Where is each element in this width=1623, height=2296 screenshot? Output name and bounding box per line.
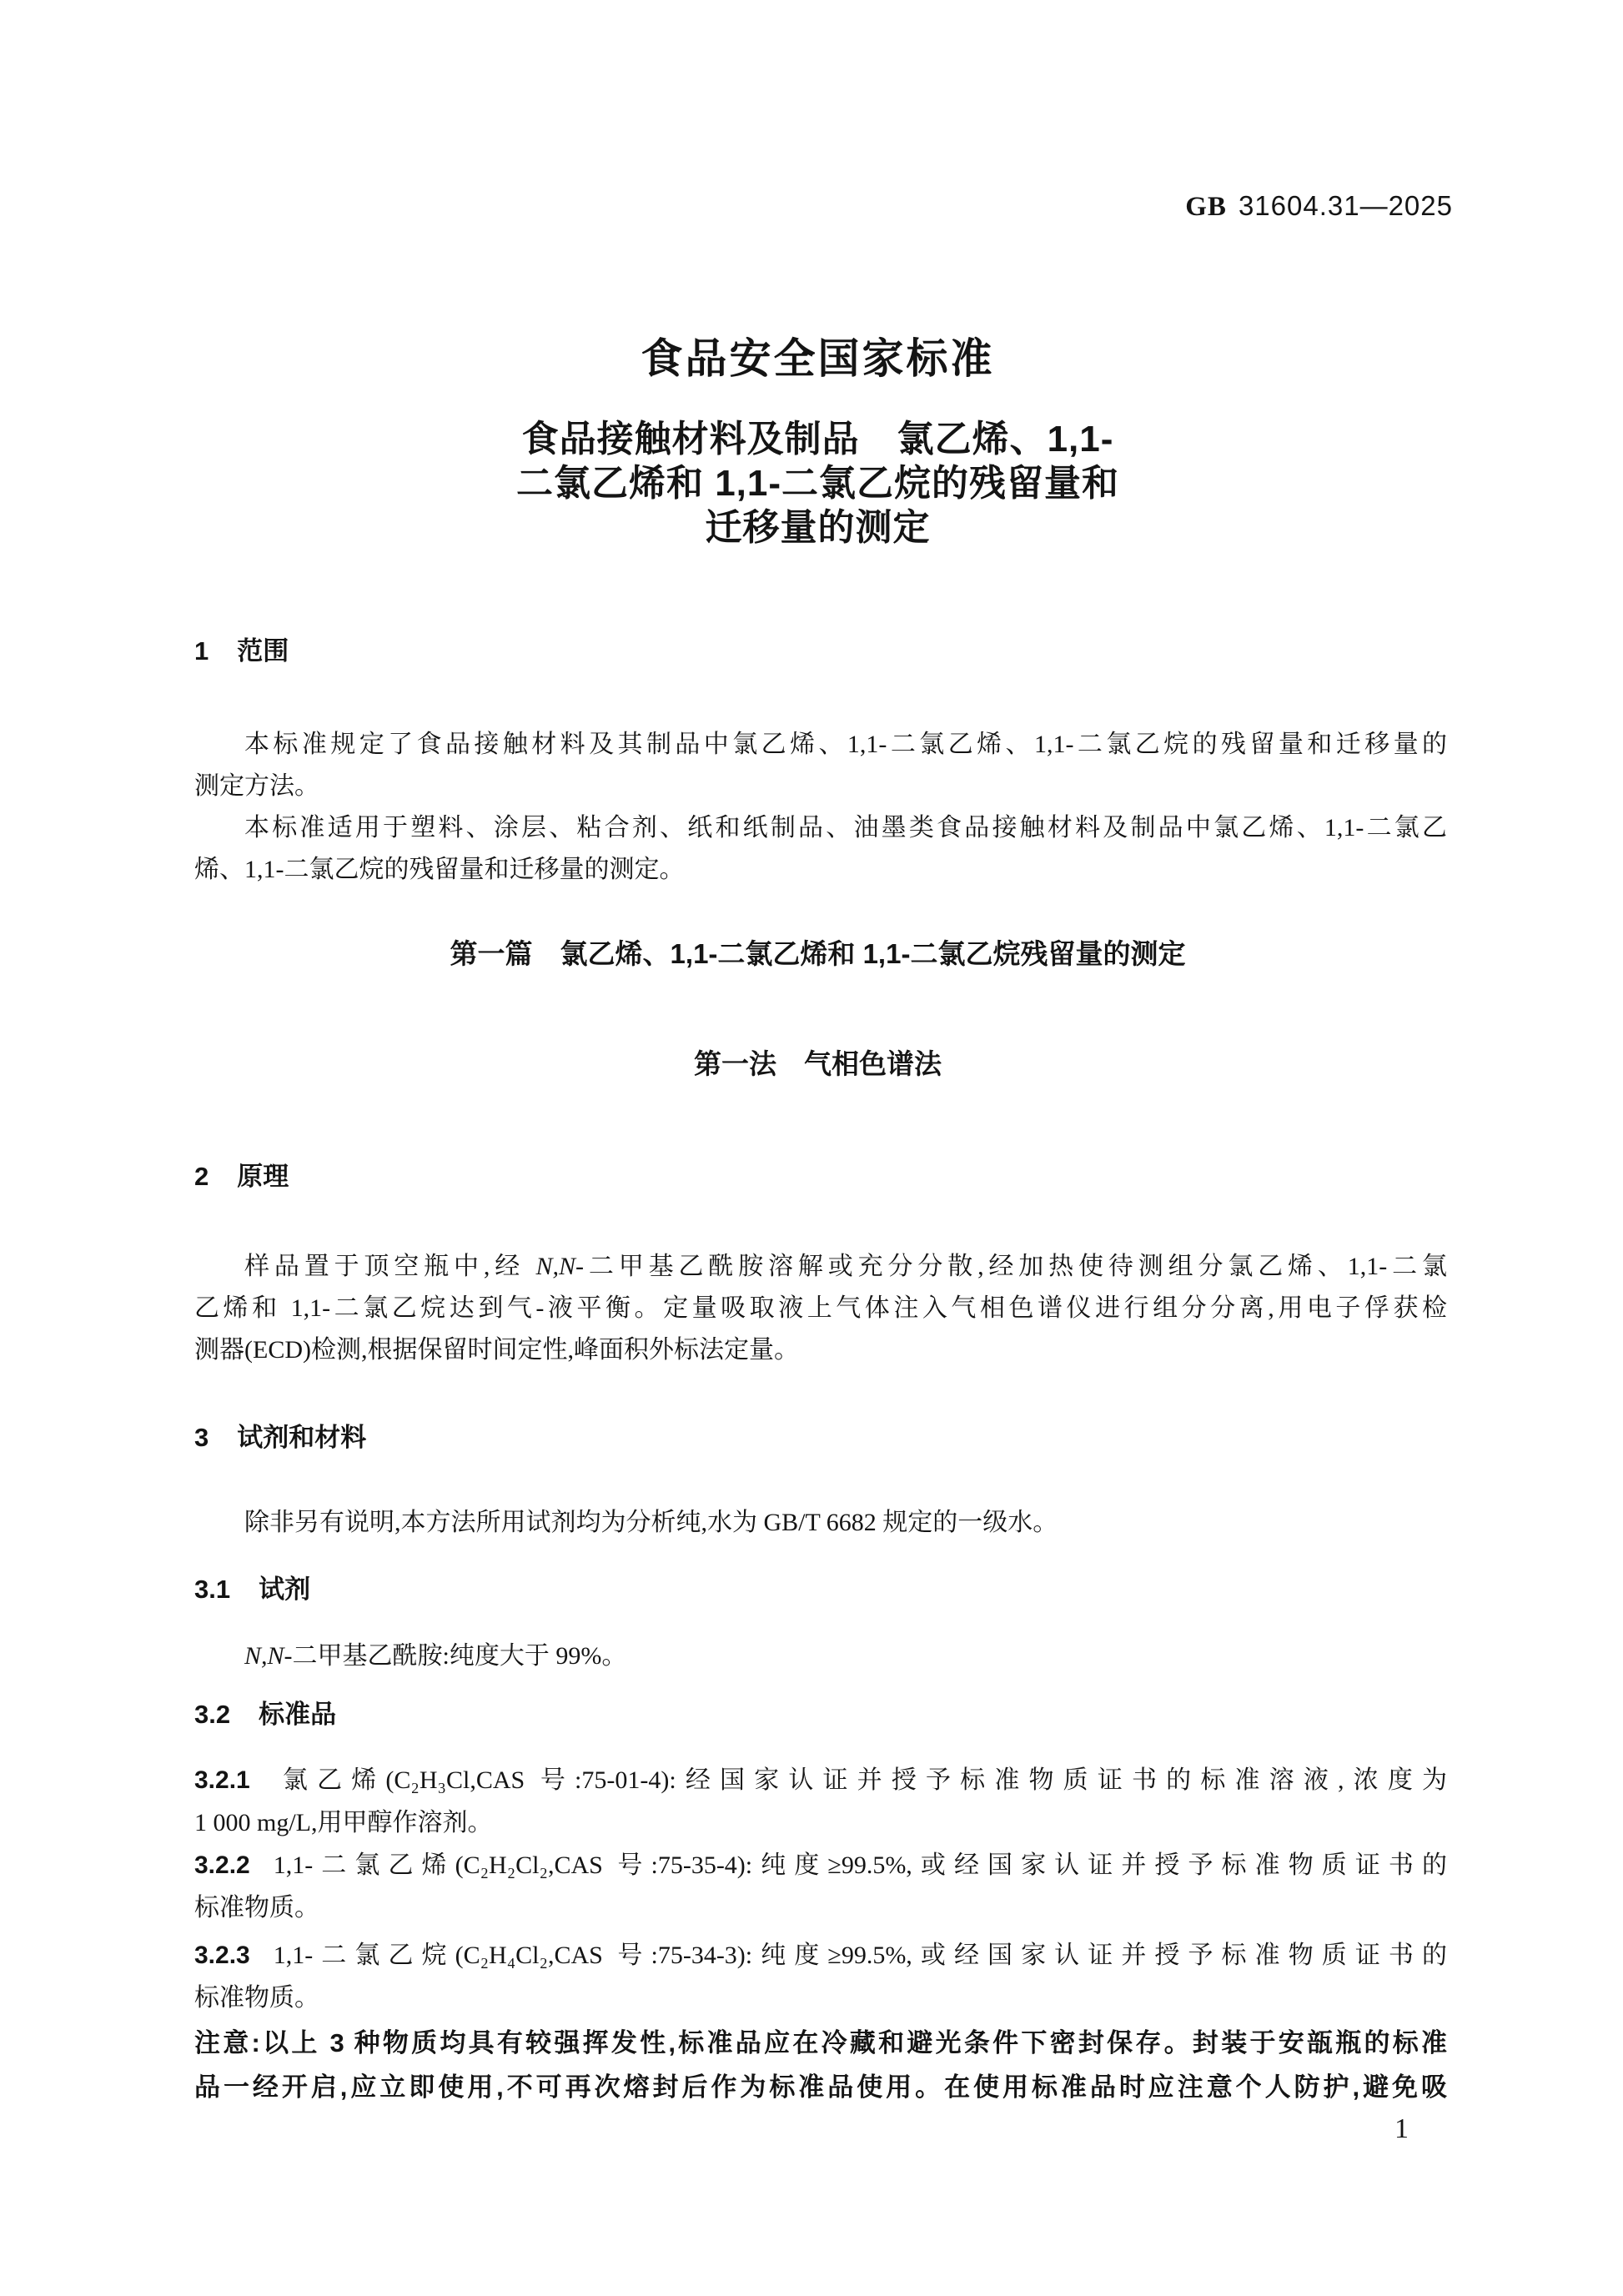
reagents-intro: 除非另有说明,本方法所用试剂均为分析纯,水为 GB/T 6682 规定的一级水。 — [194, 1502, 1447, 1544]
document-page: GB31604.31—2025 食品安全国家标准 食品接触材料及制品 氯乙烯、1… — [0, 0, 1623, 2296]
clause-3-2-2: 3.2.21,1-二氯乙烯(C₂H₂Cl₂,CAS 号:75-35-4):纯度≥… — [194, 1844, 1447, 1929]
subtitle-line-2: 二氯乙烯和 1,1-二氯乙烷的残留量和 — [188, 461, 1448, 505]
principle-line1: 样品置于顶空瓶中,经 N,N-二甲基乙酰胺溶解或充分分散,经加热使待测组分氯乙烯… — [194, 1246, 1447, 1288]
subtitle-line-1: 食品接触材料及制品 氯乙烯、1,1- — [188, 417, 1448, 461]
clause-3-2-1-line1: 3.2.1氯乙烯(C₂H₃Cl,CAS 号:75-01-4):经国家认证并授予标… — [194, 1759, 1447, 1801]
clause-3-2-2-text: 1,1-二氯乙烯(C₂H₂Cl₂,CAS 号:75-35-4):纯度≥99.5%… — [274, 1851, 1447, 1879]
section-3-1-number: 3.1 — [194, 1574, 230, 1605]
document-title: 食品安全国家标准 — [188, 334, 1448, 384]
clause-3-2-3-line2: 标准物质。 — [194, 1977, 1447, 2019]
section-3-number: 3 — [194, 1422, 209, 1454]
section-1-heading: 1范围 — [194, 636, 289, 667]
clause-3-2-1: 3.2.1氯乙烯(C₂H₃Cl,CAS 号:75-01-4):经国家认证并授予标… — [194, 1759, 1447, 1844]
section-1-label: 范围 — [237, 636, 289, 666]
scope-para1-line2: 测定方法。 — [194, 766, 1447, 807]
part1-heading: 第一篇 氯乙烯、1,1-二氯乙烯和 1,1-二氯乙烷残留量的测定 — [188, 937, 1448, 971]
principle-line1-pre: 样品置于顶空瓶中,经 — [244, 1253, 535, 1280]
reagent-31-italic: N,N — [244, 1642, 284, 1670]
section-3-1-heading: 3.1试剂 — [194, 1574, 310, 1605]
clause-3-2-1-text: 氯乙烯(C₂H₃Cl,CAS 号:75-01-4):经国家认证并授予标准物质证书… — [274, 1766, 1447, 1794]
caution-note: 注意:以上 3 种物质均具有较强挥发性,标准品应在冷藏和避光条件下密封保存。封装… — [194, 2021, 1447, 2109]
clause-3-2-2-line2: 标准物质。 — [194, 1887, 1447, 1929]
method1-heading: 第一法 气相色谱法 — [188, 1048, 1448, 1081]
section-3-2-heading: 3.2标准品 — [194, 1699, 336, 1731]
caution-note-line2: 品一经开启,应立即使用,不可再次熔封后作为标准品使用。在使用标准品时应注意个人防… — [194, 2065, 1447, 2109]
section-2-label: 原理 — [237, 1162, 289, 1191]
section-3-heading: 3试剂和材料 — [194, 1422, 366, 1454]
document-subtitle: 食品接触材料及制品 氯乙烯、1,1- 二氯乙烯和 1,1-二氯乙烷的残留量和 迁… — [188, 417, 1448, 550]
section-2-heading: 2原理 — [194, 1161, 289, 1193]
clause-3-2-2-line1: 3.2.21,1-二氯乙烯(C₂H₂Cl₂,CAS 号:75-35-4):纯度≥… — [194, 1844, 1447, 1887]
section-3-2-number: 3.2 — [194, 1699, 230, 1731]
section-2-number: 2 — [194, 1161, 209, 1193]
scope-paragraphs: 本标准规定了食品接触材料及其制品中氯乙烯、1,1-二氯乙烯、1,1-二氯乙烷的残… — [194, 724, 1447, 891]
standard-code: GB31604.31—2025 — [1185, 190, 1453, 223]
reagent-31-text: -二甲基乙酰胺:纯度大于 99%。 — [284, 1642, 627, 1670]
section-3-label: 试剂和材料 — [237, 1423, 366, 1452]
clause-3-2-1-number: 3.2.1 — [194, 1759, 250, 1801]
caution-note-line1: 注意:以上 3 种物质均具有较强挥发性,标准品应在冷藏和避光条件下密封保存。封装… — [194, 2021, 1447, 2065]
clause-3-2-3: 3.2.31,1-二氯乙烷(C₂H₄Cl₂,CAS 号:75-34-3):纯度≥… — [194, 1934, 1447, 2019]
reagent-31-line: N,N-二甲基乙酰胺:纯度大于 99%。 — [194, 1635, 1447, 1677]
clause-3-2-2-number: 3.2.2 — [194, 1844, 250, 1887]
subtitle-line-3: 迁移量的测定 — [188, 505, 1448, 550]
clause-3-2-3-text: 1,1-二氯乙烷(C₂H₄Cl₂,CAS 号:75-34-3):纯度≥99.5%… — [274, 1942, 1447, 1969]
section-3-1-label: 试剂 — [259, 1575, 310, 1604]
principle-line3: 测器(ECD)检测,根据保留时间定性,峰面积外标法定量。 — [194, 1329, 1447, 1371]
clause-3-2-1-line2: 1 000 mg/L,用甲醇作溶剂。 — [194, 1801, 1447, 1844]
principle-line1-italic: N,N — [535, 1253, 575, 1280]
page-number: 1 — [1394, 2113, 1409, 2145]
standard-code-number: 31604.31—2025 — [1239, 190, 1453, 221]
reagent-31-paragraph: N,N-二甲基乙酰胺:纯度大于 99%。 — [194, 1635, 1447, 1677]
principle-paragraph: 样品置于顶空瓶中,经 N,N-二甲基乙酰胺溶解或充分分散,经加热使待测组分氯乙烯… — [194, 1246, 1447, 1371]
scope-para1-line1: 本标准规定了食品接触材料及其制品中氯乙烯、1,1-二氯乙烯、1,1-二氯乙烷的残… — [194, 724, 1447, 766]
scope-para2-line1: 本标准适用于塑料、涂层、粘合剂、纸和纸制品、油墨类食品接触材料及制品中氯乙烯、1… — [194, 807, 1447, 849]
clause-3-2-3-number: 3.2.3 — [194, 1934, 250, 1977]
principle-line2: 乙烯和 1,1-二氯乙烷达到气-液平衡。定量吸取液上气体注入气相色谱仪进行组分分… — [194, 1288, 1447, 1329]
reagents-intro-line: 除非另有说明,本方法所用试剂均为分析纯,水为 GB/T 6682 规定的一级水。 — [194, 1502, 1447, 1544]
clause-3-2-3-line1: 3.2.31,1-二氯乙烷(C₂H₄Cl₂,CAS 号:75-34-3):纯度≥… — [194, 1934, 1447, 1977]
principle-line1-post: -二甲基乙酰胺溶解或充分分散,经加热使待测组分氯乙烯、1,1-二氯 — [575, 1253, 1447, 1280]
section-3-2-label: 标准品 — [259, 1700, 336, 1729]
standard-code-prefix: GB — [1185, 192, 1227, 222]
scope-para2-line2: 烯、1,1-二氯乙烷的残留量和迁移量的测定。 — [194, 849, 1447, 891]
section-1-number: 1 — [194, 636, 209, 667]
